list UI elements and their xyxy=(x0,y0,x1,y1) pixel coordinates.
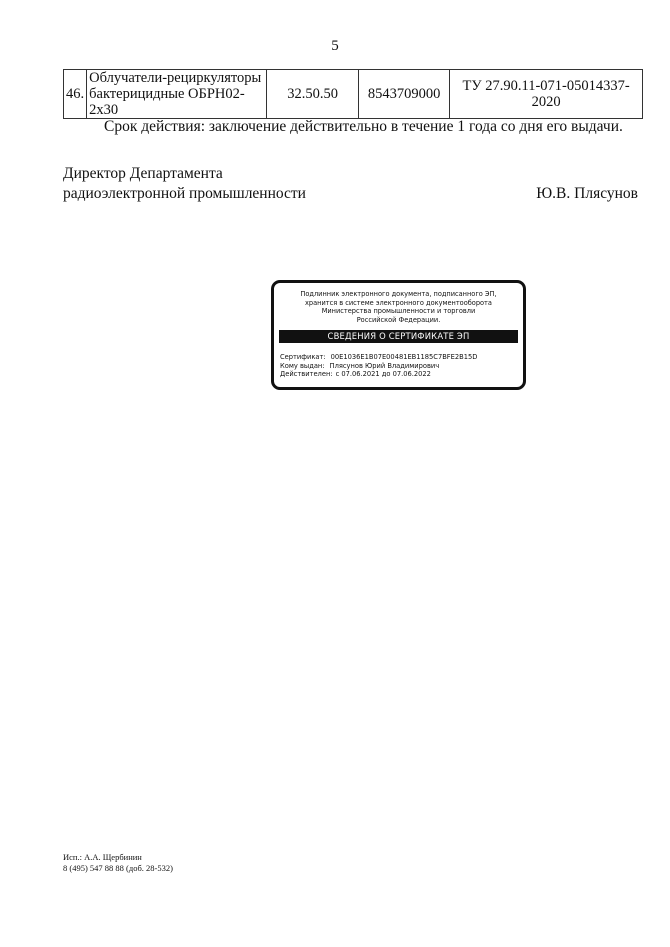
stamp-notice-line1: Подлинник электронного документа, подпис… xyxy=(274,290,523,299)
table-row: 46. Облучатели-рециркуляторы бактерицидн… xyxy=(64,70,643,119)
valid-label: Действителен: xyxy=(280,370,333,379)
stamp-notice-line3: Министерства промышленности и торговли xyxy=(274,307,523,316)
executor-name: Исп.: А.А. Щербинин xyxy=(63,852,173,863)
valid-value: с 07.06.2021 до 07.06.2022 xyxy=(336,370,431,378)
certificate-row: Сертификат:00E1036E1B07E00481EB1185C7BFE… xyxy=(280,353,477,362)
signatory-title-line2: радиоэлектронной промышленности xyxy=(63,184,306,204)
signatory-title-line1: Директор Департамента xyxy=(63,164,306,184)
tech-spec: ТУ 27.90.11-071-05014337-2020 xyxy=(450,70,643,119)
tnved-code: 8543709000 xyxy=(359,70,450,119)
product-name: Облучатели-рециркуляторы бактерицидные О… xyxy=(87,70,267,119)
electronic-signature-stamp: Подлинник электронного документа, подпис… xyxy=(271,280,526,390)
product-name-line2: бактерицидные ОБРН02-2х30 xyxy=(89,86,264,118)
executor-info: Исп.: А.А. Щербинин 8 (495) 547 88 88 (д… xyxy=(63,852,173,873)
product-name-line1: Облучатели-рециркуляторы xyxy=(89,70,264,86)
certificate-info: Сертификат:00E1036E1B07E00481EB1185C7BFE… xyxy=(280,353,477,379)
certificate-label: Сертификат: xyxy=(280,353,326,362)
signatory-title: Директор Департамента радиоэлектронной п… xyxy=(63,164,306,204)
stamp-header: СВЕДЕНИЯ О СЕРТИФИКАТЕ ЭП xyxy=(279,330,518,343)
issued-to-row: Кому выдан:Плясунов Юрий Владимирович xyxy=(280,362,477,371)
certificate-value: 00E1036E1B07E00481EB1185C7BFE2B15D xyxy=(331,353,478,361)
products-table: 46. Облучатели-рециркуляторы бактерицидн… xyxy=(63,69,643,119)
issued-to-value: Плясунов Юрий Владимирович xyxy=(330,362,440,370)
signatory-name: Ю.В. Плясунов xyxy=(536,184,638,204)
stamp-notice-line2: хранится в системе электронного документ… xyxy=(274,299,523,308)
page-number: 5 xyxy=(0,38,670,55)
okpd2-code: 32.50.50 xyxy=(267,70,359,119)
stamp-notice: Подлинник электронного документа, подпис… xyxy=(274,290,523,324)
validity-statement: Срок действия: заключение действительно … xyxy=(104,118,623,136)
row-number: 46. xyxy=(64,70,87,119)
issued-to-label: Кому выдан: xyxy=(280,362,325,371)
valid-row: Действителен:с 07.06.2021 до 07.06.2022 xyxy=(280,370,477,379)
stamp-notice-line4: Российской Федерации. xyxy=(274,316,523,325)
executor-phone: 8 (495) 547 88 88 (доб. 28-532) xyxy=(63,863,173,874)
